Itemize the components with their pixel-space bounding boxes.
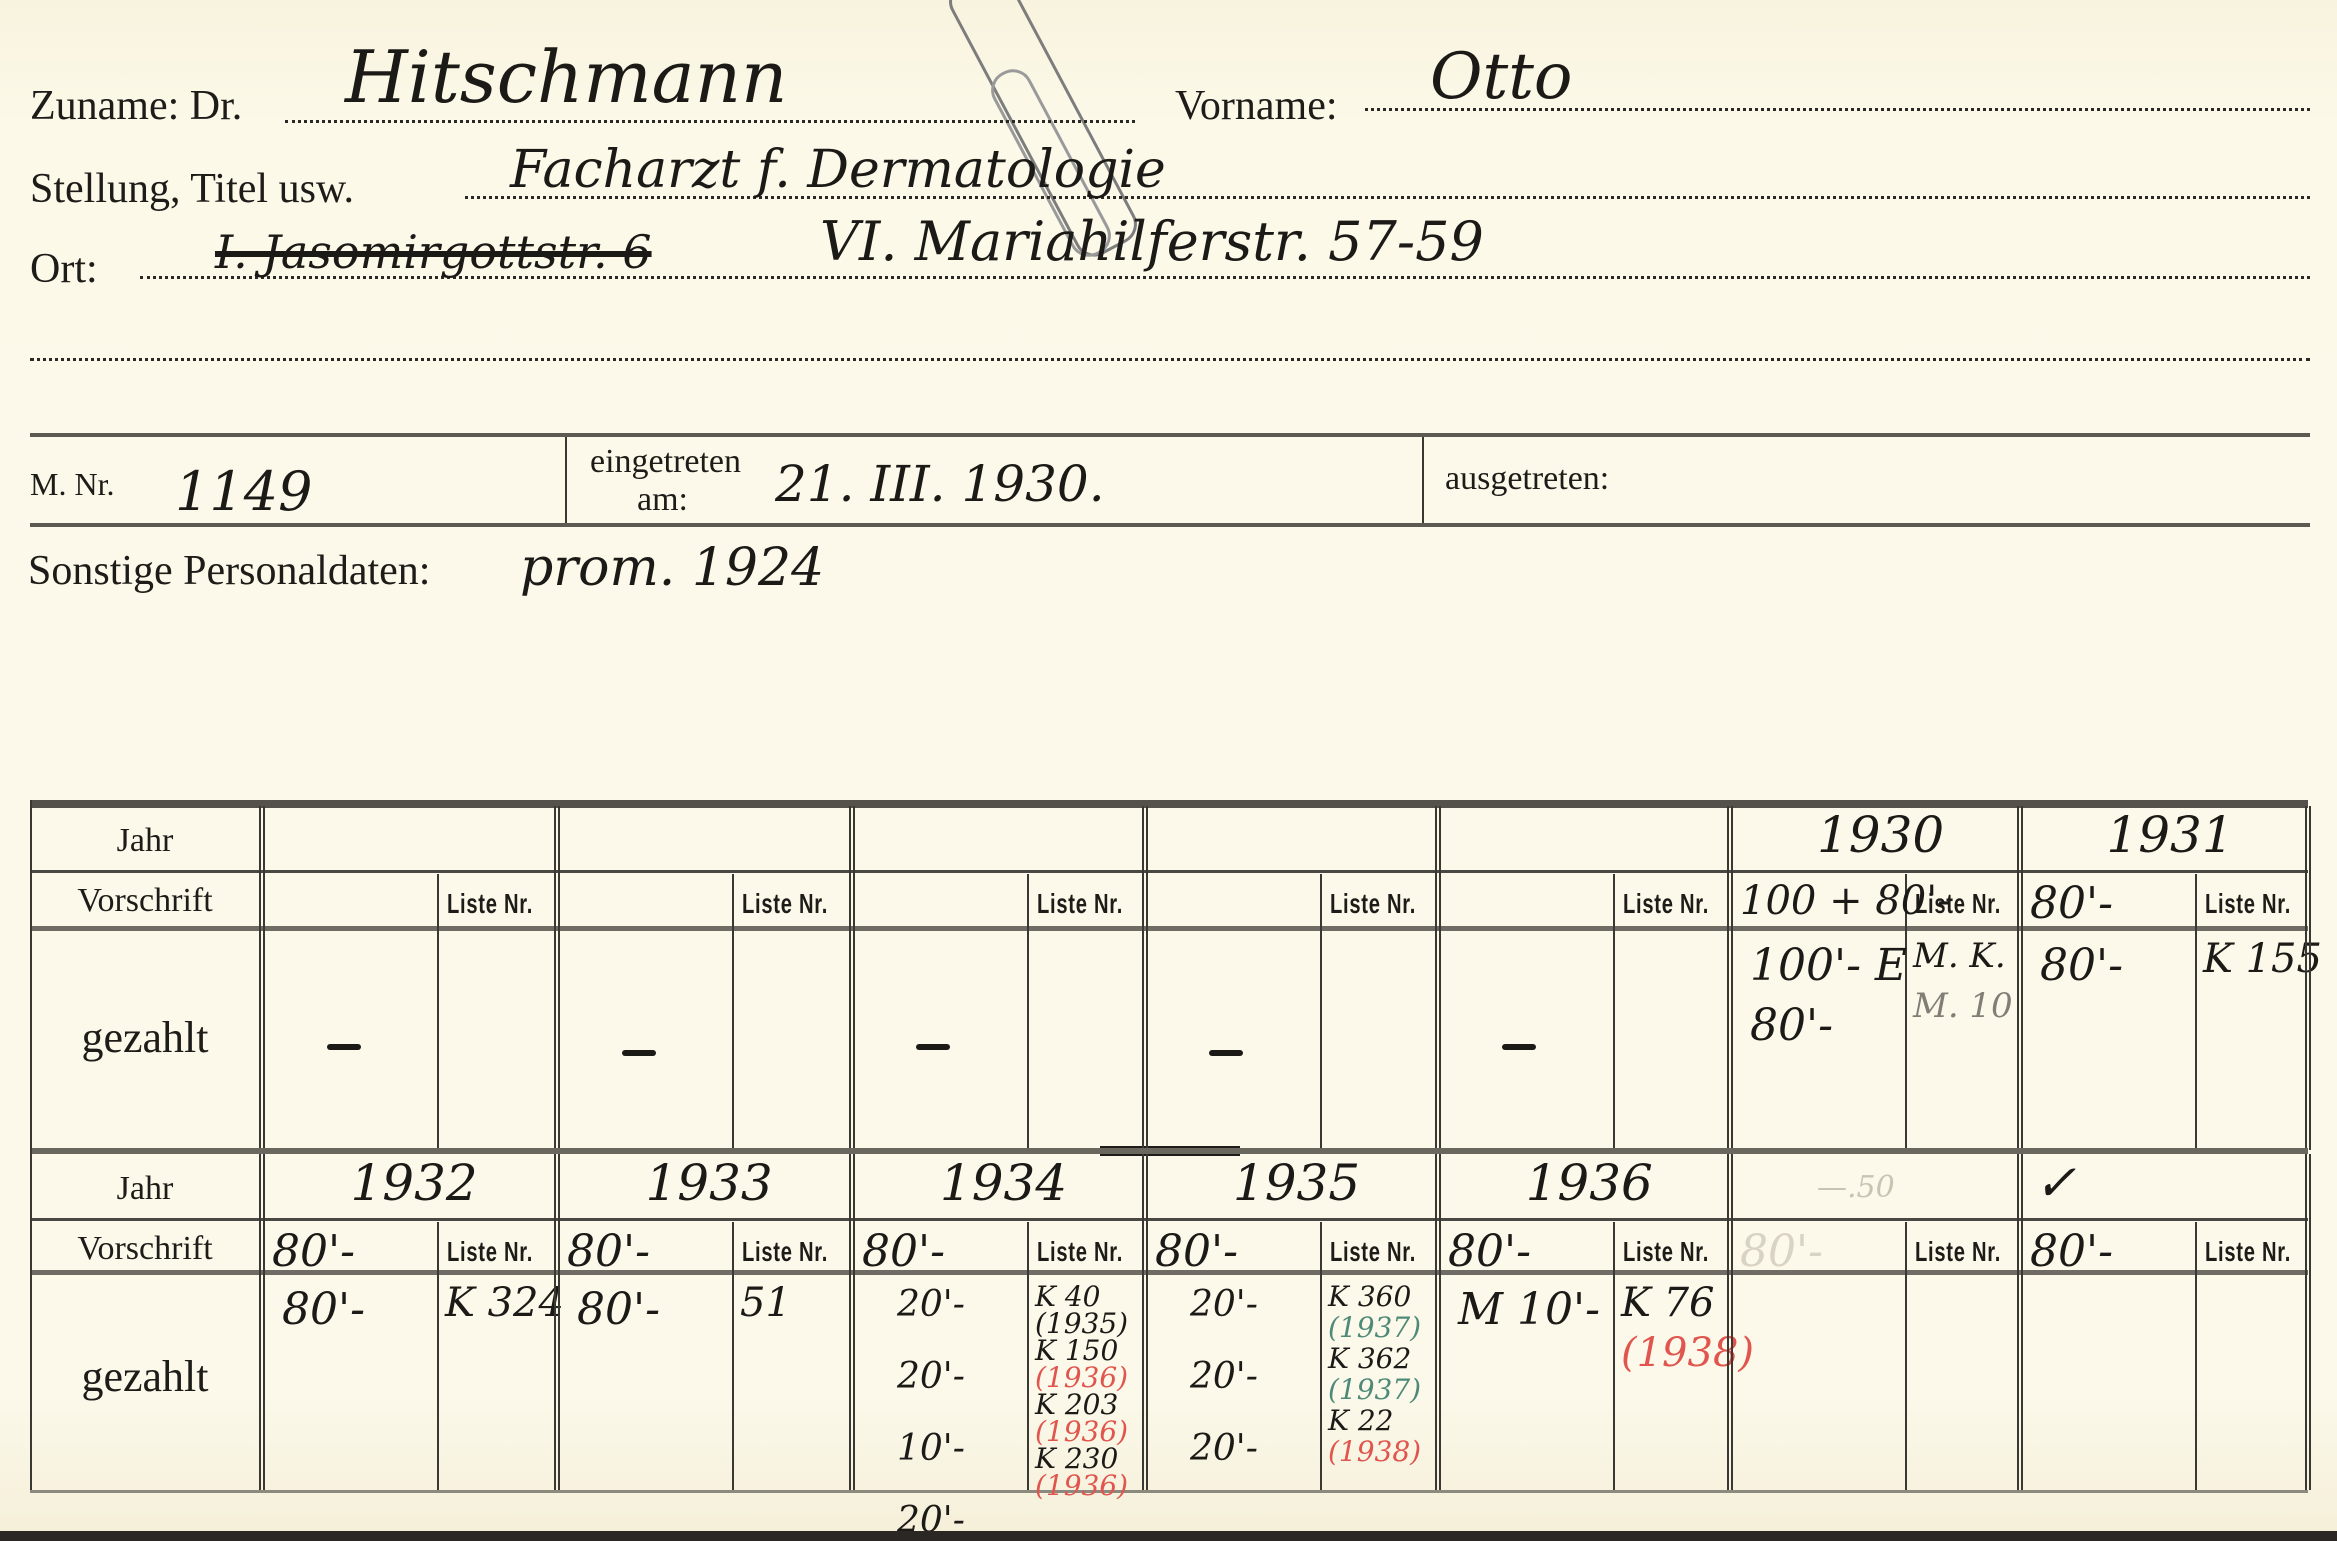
table-rule-bottom xyxy=(30,1490,2308,1493)
liste-nr-label: Liste Nr. xyxy=(742,888,828,920)
stellung-value[interactable]: Facharzt f. Dermatologie xyxy=(510,140,1166,200)
gezahlt-value[interactable]: 10'- xyxy=(897,1428,965,1469)
row-label-gezahlt: gezahlt xyxy=(30,1012,260,1063)
row-label-gezahlt: gezahlt xyxy=(30,1351,260,1402)
liste-subcolumn-divider xyxy=(1027,874,1029,1150)
eingetreten-am-label: am: xyxy=(637,481,688,519)
liste-value[interactable]: (1938) xyxy=(1328,1435,1421,1468)
membership-card: Zuname: Dr. Hitschmann Vorname: Otto Ste… xyxy=(0,0,2337,1541)
gezahlt-dash xyxy=(1209,1050,1243,1056)
jahr-value-50[interactable]: —.50 xyxy=(1817,1170,1895,1205)
liste-value[interactable]: 51 xyxy=(740,1280,791,1326)
liste-nr-label: Liste Nr. xyxy=(447,1236,533,1268)
year-column-divider xyxy=(1435,806,1441,1150)
zuname-label: Zuname: Dr. xyxy=(30,82,242,130)
year-column-divider xyxy=(2017,806,2023,1150)
liste-subcolumn-divider xyxy=(437,874,439,1150)
liste-subcolumn-divider xyxy=(1613,874,1615,1150)
table-left-border xyxy=(30,1148,32,1490)
year-column-divider xyxy=(849,806,855,1150)
liste-value[interactable]: K 362 xyxy=(1328,1342,1411,1375)
zuname-line xyxy=(285,120,1135,123)
gezahlt-value[interactable]: 20'- xyxy=(1190,1284,1258,1325)
member-row-bottom-rule xyxy=(30,523,2310,527)
gezahlt-dash xyxy=(327,1044,361,1050)
zuname-value[interactable]: Hitschmann xyxy=(345,35,787,119)
liste-value[interactable]: K 22 xyxy=(1328,1404,1393,1437)
row-label-jahr: Jahr xyxy=(30,1170,260,1208)
liste-nr-label: Liste Nr. xyxy=(2205,888,2291,920)
vorschrift-value[interactable]: 80'- xyxy=(1448,1226,1531,1277)
liste-nr-label: Liste Nr. xyxy=(1330,888,1416,920)
vorschrift-value[interactable]: 80'- xyxy=(1155,1226,1238,1277)
liste-subcolumn-divider xyxy=(1613,1222,1615,1490)
vorschrift-value[interactable]: 100 + 80'- xyxy=(1740,878,1951,924)
card-bottom-edge xyxy=(0,1531,2337,1541)
gezahlt-value[interactable]: M 10'- xyxy=(1458,1284,1600,1335)
jahr-value-1930[interactable]: 1930 xyxy=(1817,806,1944,864)
liste-nr-label: Liste Nr. xyxy=(1037,888,1123,920)
year-column-divider xyxy=(1142,806,1148,1150)
mnr-label: M. Nr. xyxy=(30,466,114,503)
liste-subcolumn-divider xyxy=(732,1222,734,1490)
year-column-divider xyxy=(259,806,265,1150)
mnr-value[interactable]: 1149 xyxy=(175,460,312,523)
liste-subcolumn-divider xyxy=(1320,1222,1322,1490)
gezahlt-dash xyxy=(1502,1044,1536,1050)
gezahlt-value[interactable]: 100'- E xyxy=(1750,940,1907,991)
ort-struck-value: I. Jasomirgottstr. 6 xyxy=(215,225,652,279)
year-column-divider xyxy=(1727,1154,1733,1490)
vorname-value[interactable]: Otto xyxy=(1430,40,1572,114)
jahr-value-1934[interactable]: 1934 xyxy=(940,1154,1067,1212)
jahr-value-1936[interactable]: 1936 xyxy=(1526,1154,1653,1212)
liste-subcolumn-divider xyxy=(2195,1222,2197,1490)
gezahlt-value[interactable]: 20'- xyxy=(1190,1356,1258,1397)
vorschrift-value[interactable]: 80'- xyxy=(272,1226,355,1277)
liste-subcolumn-divider xyxy=(437,1222,439,1490)
vorschrift-value[interactable]: 80'- xyxy=(567,1226,650,1277)
liste-subcolumn-divider xyxy=(1027,1222,1029,1490)
table-rule-vorschrift xyxy=(30,870,2308,873)
liste-nr-label: Liste Nr. xyxy=(742,1236,828,1268)
member-divider-1 xyxy=(565,437,567,523)
gezahlt-value[interactable]: 80'- xyxy=(2040,940,2123,991)
vorschrift-value[interactable]: 80'- xyxy=(1740,1226,1823,1277)
vorschrift-value[interactable]: 80'- xyxy=(2030,1226,2113,1277)
table-rule-top xyxy=(30,800,2308,808)
gezahlt-value[interactable]: 20'- xyxy=(1190,1428,1258,1469)
liste-value[interactable]: (1937) xyxy=(1328,1311,1421,1344)
liste-subcolumn-divider xyxy=(1320,874,1322,1150)
table-rule-gezahlt xyxy=(30,926,2308,931)
liste-value[interactable]: K 360 xyxy=(1328,1280,1411,1313)
year-column-divider xyxy=(259,1154,265,1490)
vorschrift-value[interactable]: 80'- xyxy=(862,1226,945,1277)
row-label-jahr: Jahr xyxy=(30,822,260,860)
gezahlt-dash xyxy=(916,1044,950,1050)
gezahlt-value[interactable]: 80'- xyxy=(282,1284,365,1335)
liste-nr-label: Liste Nr. xyxy=(1623,888,1709,920)
liste-subcolumn-divider xyxy=(732,874,734,1150)
table-rule-vorschrift xyxy=(30,1218,2308,1221)
sonstige-value[interactable]: prom. 1924 xyxy=(520,538,824,598)
gezahlt-value[interactable]: 20'- xyxy=(897,1284,965,1325)
year-column-divider xyxy=(849,1154,855,1490)
vorname-label: Vorname: xyxy=(1175,82,1338,130)
year-column-divider xyxy=(1142,1154,1148,1490)
liste-nr-label: Liste Nr. xyxy=(2205,1236,2291,1268)
liste-nr-label: Liste Nr. xyxy=(1037,1236,1123,1268)
sonstige-label: Sonstige Personaldaten: xyxy=(28,547,430,595)
vorschrift-value[interactable]: 80'- xyxy=(2030,878,2113,929)
gezahlt-value[interactable]: 80'- xyxy=(1750,1000,1833,1051)
row-label-vorschrift: Vorschrift xyxy=(30,1230,260,1268)
year-column-divider xyxy=(1727,806,1733,1150)
extra-address-line xyxy=(30,358,2310,361)
year-column-divider xyxy=(554,1154,560,1490)
table-right-border xyxy=(2305,806,2311,1150)
row-label-vorschrift: Vorschrift xyxy=(30,882,260,920)
eingetreten-value[interactable]: 21. III. 1930. xyxy=(775,455,1105,513)
ort-label: Ort: xyxy=(30,245,98,293)
eingetreten-label: eingetreten xyxy=(590,443,741,481)
table-right-border xyxy=(2305,1154,2311,1490)
liste-value[interactable]: M. K. xyxy=(1913,936,2006,976)
liste-nr-label: Liste Nr. xyxy=(1330,1236,1416,1268)
member-row-top-rule xyxy=(30,433,2310,437)
jahr-value-1931[interactable]: 1931 xyxy=(2106,806,2233,864)
year-column-divider xyxy=(1435,1154,1441,1490)
liste-value[interactable]: K 324 xyxy=(445,1280,564,1326)
table-left-border xyxy=(30,800,32,1150)
liste-value[interactable]: K 76 xyxy=(1621,1280,1715,1326)
gezahlt-dash xyxy=(622,1050,656,1056)
liste-value[interactable]: (1937) xyxy=(1328,1373,1421,1406)
jahr-value-1933[interactable]: 1933 xyxy=(646,1154,773,1212)
jahr-value-1932[interactable]: 1932 xyxy=(351,1154,478,1212)
liste-subcolumn-divider xyxy=(2195,874,2197,1150)
member-divider-2 xyxy=(1422,437,1424,523)
stellung-label: Stellung, Titel usw. xyxy=(30,165,354,213)
ort-value[interactable]: VI. Mariahilferstr. 57-59 xyxy=(820,210,1484,273)
liste-subcolumn-divider xyxy=(1905,1222,1907,1490)
liste-nr-label: Liste Nr. xyxy=(447,888,533,920)
ausgetreten-label: ausgetreten: xyxy=(1445,460,1609,498)
jahr-value-mark[interactable]: ✓ xyxy=(2034,1154,2076,1212)
year-column-divider xyxy=(554,806,560,1150)
liste-value[interactable]: (1938) xyxy=(1621,1330,1754,1376)
liste-value[interactable]: M. 10 xyxy=(1913,986,2013,1026)
gezahlt-value[interactable]: 80'- xyxy=(577,1284,660,1335)
gezahlt-value[interactable]: 20'- xyxy=(897,1356,965,1397)
jahr-value-1935[interactable]: 1935 xyxy=(1233,1154,1360,1212)
liste-value[interactable]: (1936) xyxy=(1035,1469,1128,1502)
year-column-divider xyxy=(2017,1154,2023,1490)
liste-nr-label: Liste Nr. xyxy=(1915,1236,2001,1268)
liste-nr-label: Liste Nr. xyxy=(1623,1236,1709,1268)
